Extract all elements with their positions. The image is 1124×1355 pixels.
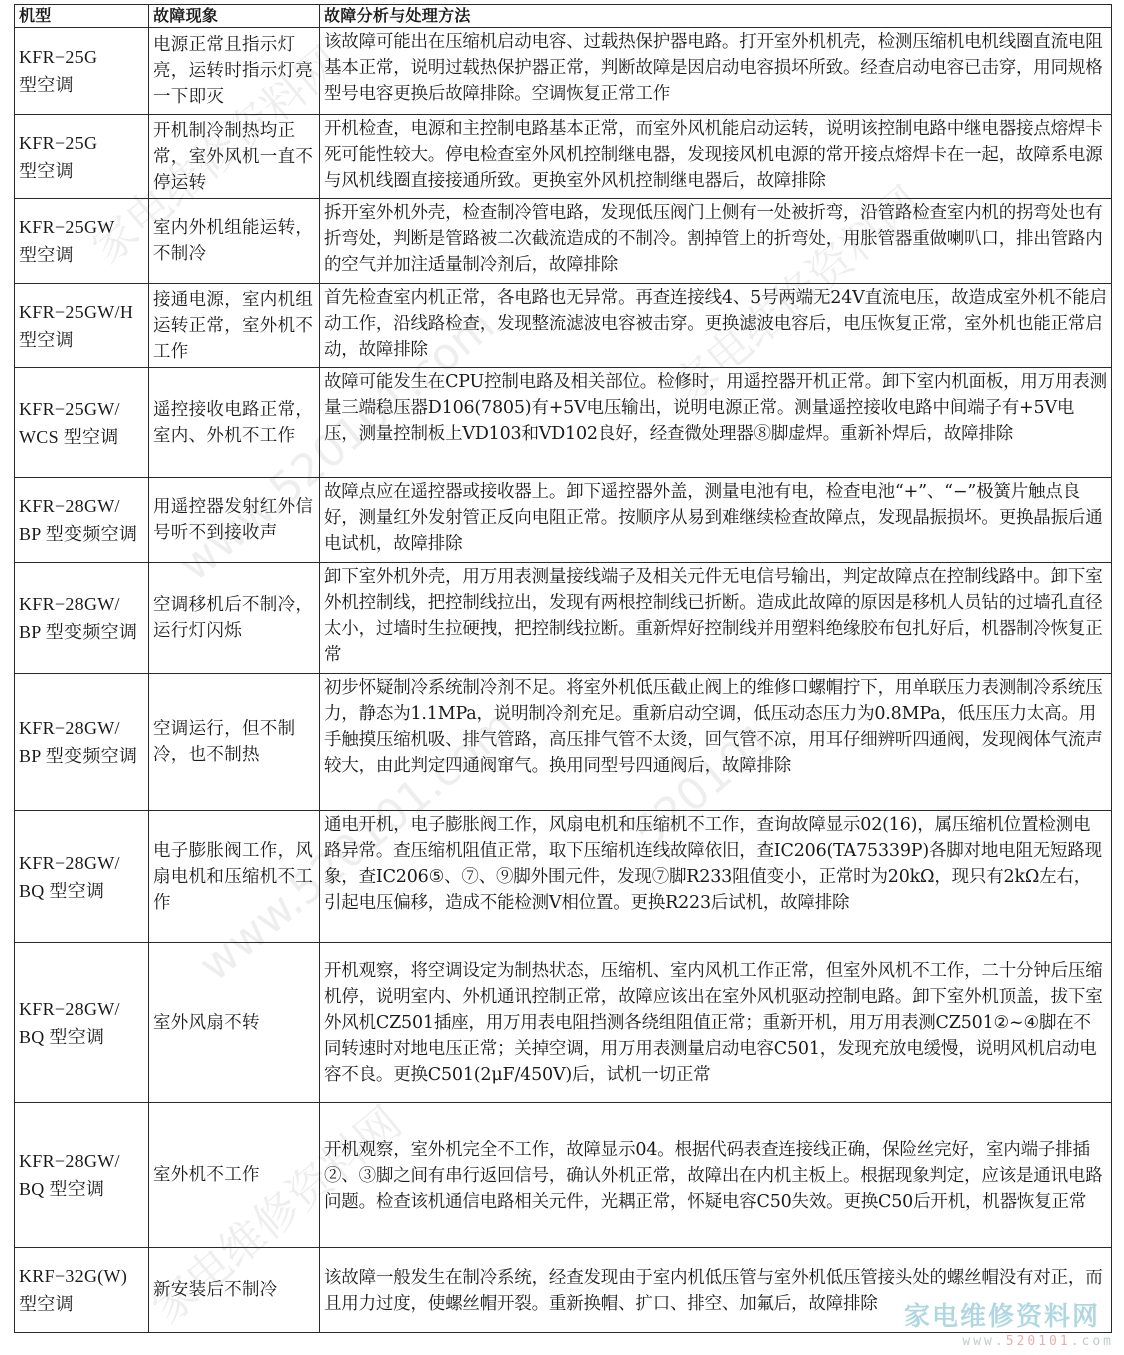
symptom-cell: 空调运行，但不制冷，也不制热: [149, 674, 320, 811]
table-row: KFR−28GW/ BQ 型空调 室外风扇不转 开机观察，将空调设定为制热状态，…: [15, 943, 1112, 1103]
table-row: KFR−28GW/ BQ 型空调 室外机不工作 开机观察，室外机完全不工作，故障…: [15, 1103, 1112, 1248]
analysis-cell: 开机观察，室外机完全不工作，故障显示04。根据代码表查连接线正确，保险丝完好，室…: [320, 1103, 1112, 1248]
header-analysis: 故障分析与处理方法: [320, 5, 1112, 28]
analysis-cell: 故障可能发生在CPU控制电路及相关部位。检修时，用遥控器开机正常。卸下室内机面板…: [320, 368, 1112, 478]
analysis-cell: 故障点应在遥控器或接收器上。卸下遥控器外盖，测量电池有电，检查电池“+”、“−”…: [320, 478, 1112, 563]
table-row: KFR−28GW/ BP 型变频空调 空调运行，但不制冷，也不制热 初步怀疑制冷…: [15, 674, 1112, 811]
model-cell: KFR−25GW/ WCS 型空调: [15, 368, 149, 478]
model-cell: KRF−32G(W) 型空调: [15, 1248, 149, 1333]
model-cell: KFR−25GW 型空调: [15, 199, 149, 284]
symptom-cell: 电子膨胀阀工作，风扇电机和压缩机不工作: [149, 811, 320, 943]
table-row: KFR−25GW/H 型空调 接通电源，室内机组运转正常，室外机不工作 首先检查…: [15, 284, 1112, 368]
document-page: 机型 故障现象 故障分析与处理方法 KFR−25G 型空调 电源正常且指示灯亮，…: [14, 4, 1111, 1333]
symptom-cell: 电源正常且指示灯亮，运转时指示灯亮一下即灭: [149, 28, 320, 115]
table-row: KFR−25GW/ WCS 型空调 遥控接收电路正常，室内、外机不工作 故障可能…: [15, 368, 1112, 478]
table-row: KFR−28GW/ BQ 型空调 电子膨胀阀工作，风扇电机和压缩机不工作 通电开…: [15, 811, 1112, 943]
site-logo-watermark: 家电维修资料网: [904, 1296, 1100, 1333]
url-prefix: www.: [962, 1334, 1005, 1349]
symptom-cell: 室内外机组能运转，不制冷: [149, 199, 320, 284]
table-row: KFR−25GW 型空调 室内外机组能运转，不制冷 拆开室外机外壳，检查制冷管电…: [15, 199, 1112, 284]
table-row: KFR−25G 型空调 电源正常且指示灯亮，运转时指示灯亮一下即灭 该故障可能出…: [15, 28, 1112, 115]
url-suffix: .com: [1071, 1334, 1114, 1349]
model-cell: KFR−25G 型空调: [15, 115, 149, 199]
analysis-cell: 卸下室外机外壳，用万用表测量接线端子及相关元件无电信号输出，判定故障点在控制线路…: [320, 563, 1112, 674]
analysis-cell: 开机观察，将空调设定为制热状态，压缩机、室内风机工作正常，但室外风机不工作，二十…: [320, 943, 1112, 1103]
table-row: KFR−28GW/ BP 型变频空调 空调移机后不制冷，运行灯闪烁 卸下室外机外…: [15, 563, 1112, 674]
symptom-cell: 空调移机后不制冷，运行灯闪烁: [149, 563, 320, 674]
model-cell: KFR−28GW/ BQ 型空调: [15, 811, 149, 943]
model-cell: KFR−28GW/ BP 型变频空调: [15, 478, 149, 563]
model-cell: KFR−28GW/ BQ 型空调: [15, 943, 149, 1103]
model-cell: KFR−28GW/ BP 型变频空调: [15, 674, 149, 811]
site-url-watermark: www.520101.com: [962, 1334, 1114, 1349]
fault-diagnosis-table: 机型 故障现象 故障分析与处理方法 KFR−25G 型空调 电源正常且指示灯亮，…: [14, 4, 1112, 1333]
model-cell: KFR−28GW/ BQ 型空调: [15, 1103, 149, 1248]
url-highlight: 520101: [1006, 1334, 1071, 1349]
analysis-cell: 拆开室外机外壳，检查制冷管电路，发现低压阀门上侧有一处被折弯，沿管路检查室内机的…: [320, 199, 1112, 284]
table-header-row: 机型 故障现象 故障分析与处理方法: [15, 5, 1112, 28]
symptom-cell: 接通电源，室内机组运转正常，室外机不工作: [149, 284, 320, 368]
table-row: KFR−28GW/ BP 型变频空调 用遥控器发射红外信号听不到接收声 故障点应…: [15, 478, 1112, 563]
symptom-cell: 新安装后不制冷: [149, 1248, 320, 1333]
model-cell: KFR−28GW/ BP 型变频空调: [15, 563, 149, 674]
symptom-cell: 用遥控器发射红外信号听不到接收声: [149, 478, 320, 563]
table-row: KFR−25G 型空调 开机制冷制热均正常，室外风机一直不停运转 开机检查，电源…: [15, 115, 1112, 199]
header-symptom: 故障现象: [149, 5, 320, 28]
symptom-cell: 室外风扇不转: [149, 943, 320, 1103]
symptom-cell: 室外机不工作: [149, 1103, 320, 1248]
symptom-cell: 开机制冷制热均正常，室外风机一直不停运转: [149, 115, 320, 199]
analysis-cell: 该故障可能出在压缩机启动电容、过载热保护器电路。打开室外机机壳，检测压缩机电机线…: [320, 28, 1112, 115]
analysis-cell: 开机检查，电源和主控制电路基本正常，而室外风机能启动运转，说明该控制电路中继电器…: [320, 115, 1112, 199]
analysis-cell: 通电开机，电子膨胀阀工作，风扇电机和压缩机不工作，查询故障显示02(16)，属压…: [320, 811, 1112, 943]
header-model: 机型: [15, 5, 149, 28]
analysis-cell: 首先检查室内机正常，各电路也无异常。再查连接线4、5号两端无24V直流电压，故造…: [320, 284, 1112, 368]
model-cell: KFR−25G 型空调: [15, 28, 149, 115]
symptom-cell: 遥控接收电路正常，室内、外机不工作: [149, 368, 320, 478]
analysis-cell: 初步怀疑制冷系统制冷剂不足。将室外机低压截止阀上的维修口螺帽拧下，用单联压力表测…: [320, 674, 1112, 811]
model-cell: KFR−25GW/H 型空调: [15, 284, 149, 368]
